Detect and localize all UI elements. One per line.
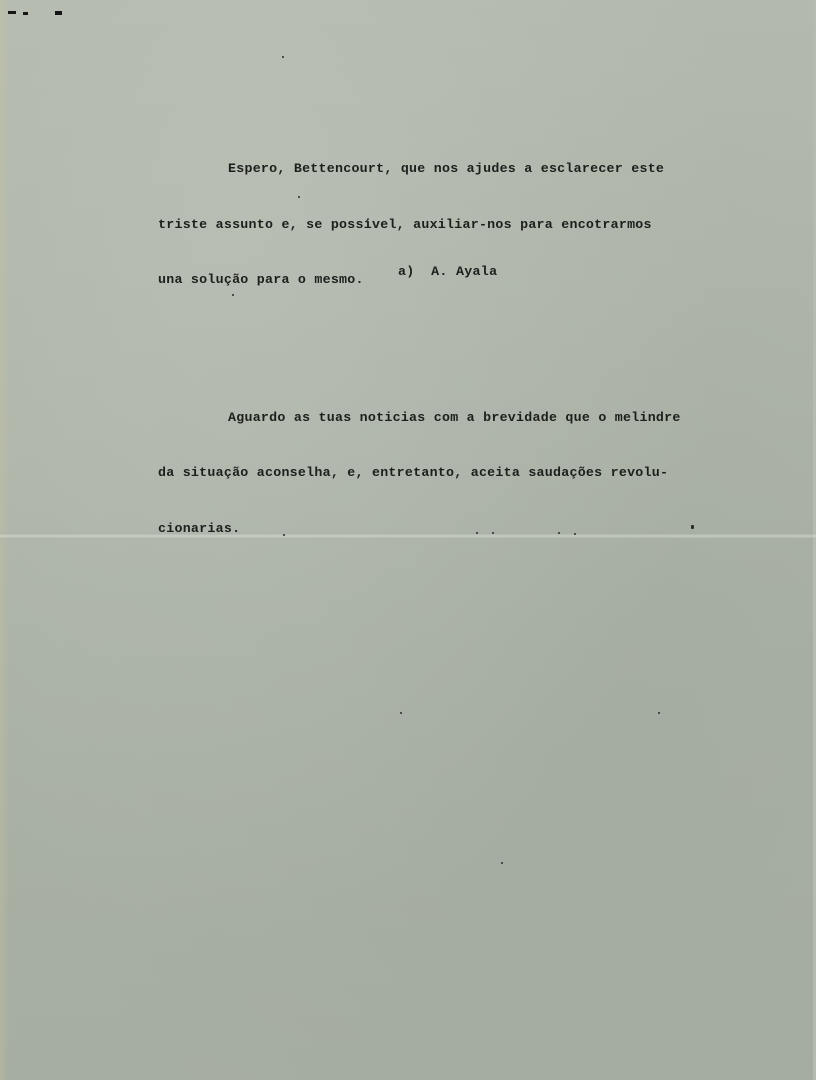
paper-speck: [476, 532, 478, 534]
paragraph-1: Espero, Bettencourt, que nos ajudes a es…: [158, 123, 798, 327]
scanned-letter-page: Espero, Bettencourt, que nos ajudes a es…: [0, 0, 816, 1080]
paper-edge-left: [0, 0, 10, 1080]
paper-speck: [658, 712, 660, 714]
text-line: cionarias.: [158, 520, 798, 539]
text-line: Espero, Bettencourt, que nos ajudes a es…: [158, 160, 798, 179]
paper-speck: [400, 712, 402, 714]
paper-speck: [298, 196, 300, 198]
paper-speck: [232, 294, 234, 296]
paper-speck: [366, 220, 368, 222]
signature-line: a) A. Ayala: [398, 264, 497, 279]
paper-speck: [558, 532, 560, 534]
text-line: da situação aconselha, e, entretanto, ac…: [158, 464, 798, 483]
ink-mark: [23, 12, 28, 15]
ink-mark: [55, 11, 62, 15]
paper-speck: [282, 56, 284, 58]
text-line: triste assunto e, se possivel, auxiliar-…: [158, 216, 798, 235]
paper-speck: [691, 525, 694, 529]
text-line: Aguardo as tuas noticias com a brevidade…: [158, 409, 798, 428]
paper-speck: [492, 532, 494, 534]
ink-mark: [8, 11, 16, 14]
letter-body: Espero, Bettencourt, que nos ajudes a es…: [158, 86, 798, 620]
paper-speck: [501, 862, 503, 864]
paragraph-2: Aguardo as tuas noticias com a brevidade…: [158, 372, 798, 576]
paper-speck: [283, 534, 285, 536]
paper-speck: [574, 533, 576, 535]
top-corner-ink-marks: [6, 8, 66, 18]
